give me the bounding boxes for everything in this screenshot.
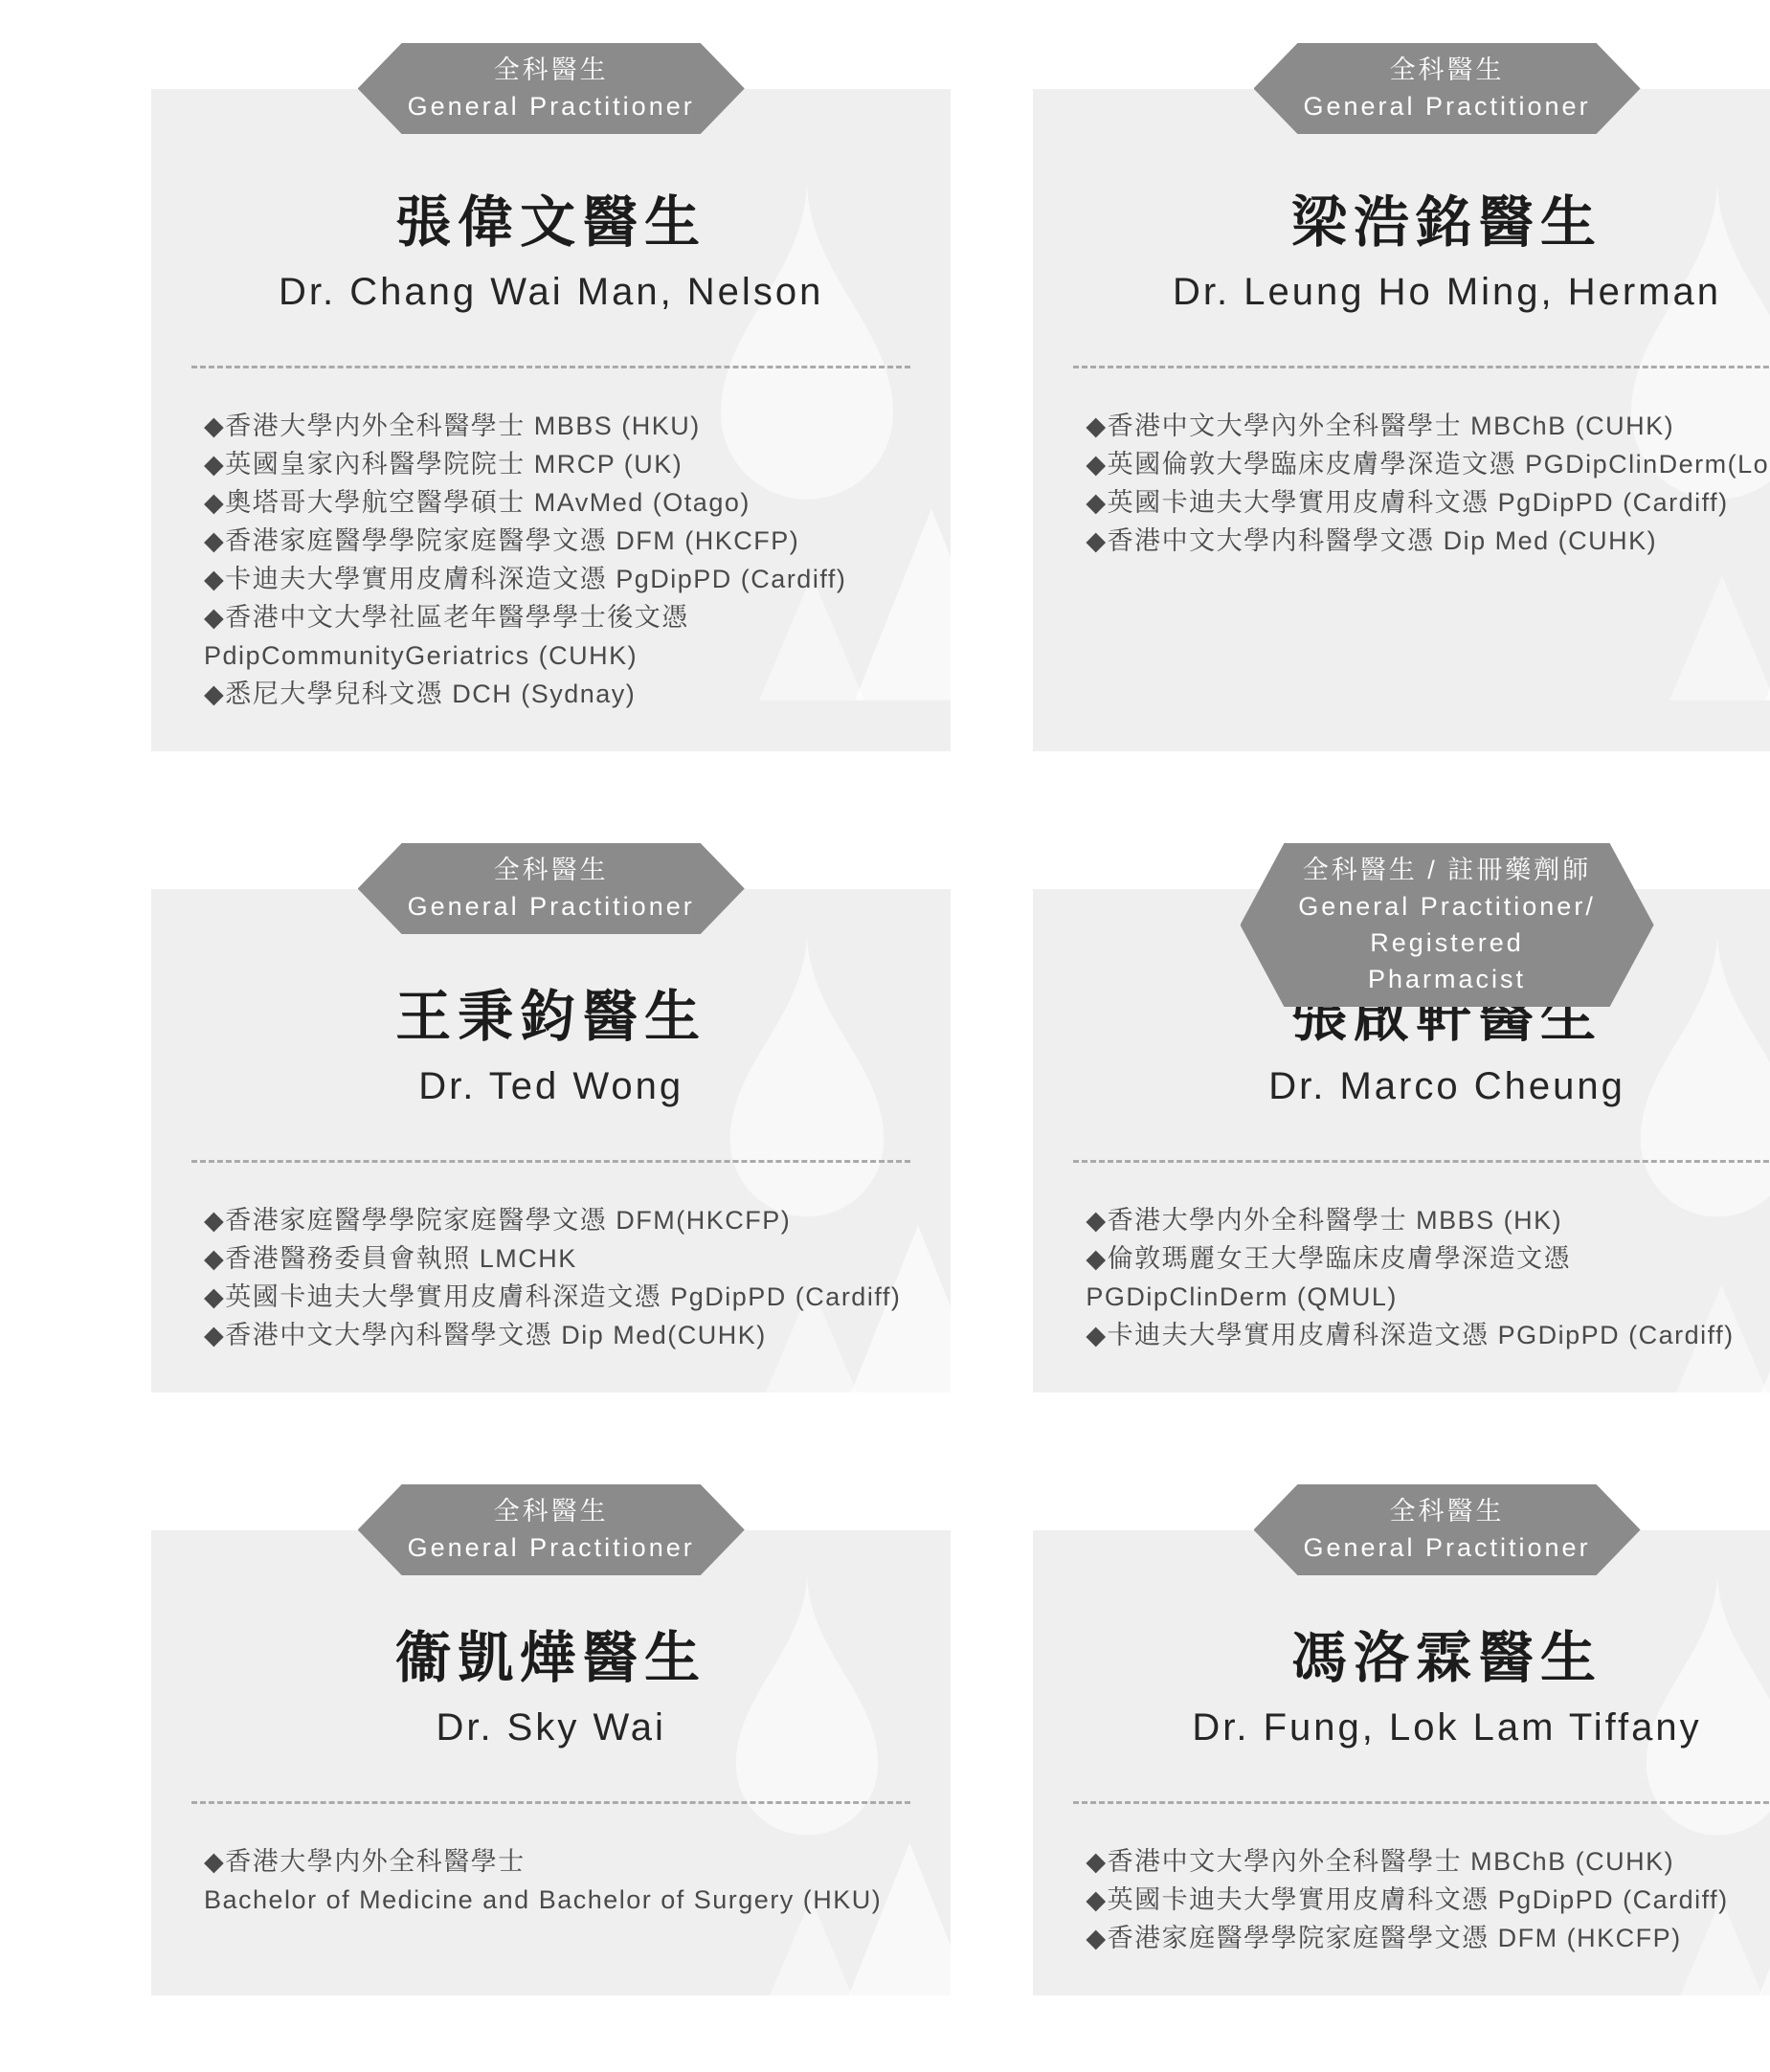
specialty-badge: 全科醫生 General Practitioner	[358, 43, 745, 134]
specialty-badge-label: 全科醫生 General Practitioner	[1303, 1493, 1590, 1566]
specialty-badge: 全科醫生 General Practitioner	[1253, 1484, 1640, 1575]
qualification-line: ◆香港大學内外全科醫學士 MBBS (HKU)	[204, 407, 901, 445]
qualification-line: ◆英國卡迪夫大學實用皮膚科文憑 PgDipPD (Cardiff)	[1086, 1881, 1770, 1919]
qualifications-list: ◆香港大學内外全科醫學士 Bachelor of Medicine and Ba…	[151, 1804, 951, 1957]
qualification-line: PGDipClinDerm (QMUL)	[1086, 1278, 1770, 1316]
specialty-badge: 全科醫生 / 註冊藥劑師 General Practitioner/ Regis…	[1240, 843, 1653, 1007]
qualification-line: Bachelor of Medicine and Bachelor of Sur…	[204, 1881, 901, 1919]
doctor-name-english: Dr. Marco Cheung	[1033, 1065, 1770, 1108]
qualification-line: ◆香港大學内外全科醫學士	[204, 1842, 901, 1881]
doctor-name-english: Dr. Leung Ho Ming, Herman	[1033, 271, 1770, 314]
qualifications-list: ◆香港大學内外全科醫學士 MBBS (HK) ◆倫敦瑪麗女王大學臨床皮膚學深造文…	[1033, 1163, 1770, 1392]
doctor-card-body: 梁浩銘醫生 Dr. Leung Ho Ming, Herman ◆香港中文大學內…	[1033, 89, 1770, 751]
doctor-name-english: Dr. Chang Wai Man, Nelson	[151, 271, 951, 314]
qualifications-list: ◆香港家庭醫學學院家庭醫學文憑 DFM(HKCFP) ◆香港醫務委員會執照 LM…	[151, 1163, 951, 1392]
qualification-line: ◆香港醫務委員會執照 LMCHK	[204, 1239, 901, 1278]
qualifications-list: ◆香港中文大學內外全科醫學士 MBChB (CUHK) ◆英國倫敦大學臨床皮膚學…	[1033, 368, 1770, 598]
qualification-line: ◆香港大學内外全科醫學士 MBBS (HK)	[1086, 1201, 1770, 1239]
qualification-line: ◆香港家庭醫學學院家庭醫學文憑 DFM (HKCFP)	[204, 522, 901, 560]
qualification-line: ◆卡迪夫大學實用皮膚科深造文憑 PGDipPD (Cardiff)	[1086, 1316, 1770, 1354]
doctor-name-english: Dr. Ted Wong	[151, 1065, 951, 1108]
qualifications-list: ◆香港大學内外全科醫學士 MBBS (HKU) ◆英國皇家內科醫學院院士 MRC…	[151, 368, 951, 751]
qualification-line: ◆香港中文大學內科醫學文憑 Dip Med(CUHK)	[204, 1316, 901, 1354]
qualification-line: ◆香港中文大學內外全科醫學士 MBChB (CUHK)	[1086, 1842, 1770, 1881]
qualification-line: ◆香港中文大學內外全科醫學士 MBChB (CUHK)	[1086, 407, 1770, 445]
qualification-line: ◆倫敦瑪麗女王大學臨床皮膚學深造文憑	[1086, 1239, 1770, 1278]
qualification-line: ◆英國倫敦大學臨床皮膚學深造文憑 PGDipClinDerm(Lond)	[1086, 445, 1770, 483]
qualification-line: ◆悉尼大學兒科文憑 DCH (Sydnay)	[204, 675, 901, 713]
doctor-cards-grid: 全科醫生 General Practitioner 張偉文醫生 Dr. Chan…	[0, 0, 1770, 2072]
specialty-badge-label: 全科醫生 General Practitioner	[1303, 52, 1590, 124]
doctor-card-fung-lok-lam: 全科醫生 General Practitioner 馮洛霖醫生 Dr. Fung…	[1033, 1484, 1770, 1995]
qualifications-list: ◆香港中文大學內外全科醫學士 MBChB (CUHK) ◆英國卡迪夫大學實用皮膚…	[1033, 1804, 1770, 1995]
doctor-name-english: Dr. Fung, Lok Lam Tiffany	[1033, 1706, 1770, 1749]
qualification-line: ◆奧塔哥大學航空醫學碩士 MAvMed (Otago)	[204, 483, 901, 522]
qualification-line: ◆卡迪夫大學實用皮膚科深造文憑 PgDipPD (Cardiff)	[204, 560, 901, 598]
doctor-card-chang-wai-man: 全科醫生 General Practitioner 張偉文醫生 Dr. Chan…	[151, 43, 951, 751]
specialty-badge-label: 全科醫生 General Practitioner	[408, 52, 695, 124]
specialty-badge-label: 全科醫生 / 註冊藥劑師 General Practitioner/ Regis…	[1289, 852, 1603, 997]
specialty-badge: 全科醫生 General Practitioner	[1253, 43, 1640, 134]
specialty-badge-label: 全科醫生 General Practitioner	[408, 852, 695, 925]
doctor-card-body: 馮洛霖醫生 Dr. Fung, Lok Lam Tiffany ◆香港中文大學內…	[1033, 1530, 1770, 1995]
qualification-line: ◆英國皇家內科醫學院院士 MRCP (UK)	[204, 445, 901, 483]
doctor-card-sky-wai: 全科醫生 General Practitioner 衞凱燁醫生 Dr. Sky …	[151, 1484, 951, 1995]
specialty-badge-label: 全科醫生 General Practitioner	[408, 1493, 695, 1566]
qualification-line: ◆香港中文大學内科醫學文憑 Dip Med (CUHK)	[1086, 522, 1770, 560]
doctor-card-ted-wong: 全科醫生 General Practitioner 王秉鈞醫生 Dr. Ted …	[151, 843, 951, 1392]
doctor-card-body: 張偉文醫生 Dr. Chang Wai Man, Nelson ◆香港大學内外全…	[151, 89, 951, 751]
doctor-card-leung-ho-ming: 全科醫生 General Practitioner 梁浩銘醫生 Dr. Leun…	[1033, 43, 1770, 751]
qualification-line: ◆英國卡迪夫大學實用皮膚科深造文憑 PgDipPD (Cardiff)	[204, 1278, 901, 1316]
specialty-badge: 全科醫生 General Practitioner	[358, 843, 745, 934]
qualification-line: ◆香港家庭醫學學院家庭醫學文憑 DFM (HKCFP)	[1086, 1919, 1770, 1957]
doctor-card-body: 王秉鈞醫生 Dr. Ted Wong ◆香港家庭醫學學院家庭醫學文憑 DFM(H…	[151, 889, 951, 1392]
doctor-card-body: 衞凱燁醫生 Dr. Sky Wai ◆香港大學内外全科醫學士 Bachelor …	[151, 1530, 951, 1995]
doctor-card-marco-cheung: 全科醫生 / 註冊藥劑師 General Practitioner/ Regis…	[1033, 843, 1770, 1392]
doctor-name-english: Dr. Sky Wai	[151, 1706, 951, 1749]
specialty-badge: 全科醫生 General Practitioner	[358, 1484, 745, 1575]
qualification-line: PdipCommunityGeriatrics (CUHK)	[204, 636, 901, 675]
qualification-line: ◆香港中文大學社區老年醫學學士後文憑	[204, 598, 901, 636]
qualification-line: ◆香港家庭醫學學院家庭醫學文憑 DFM(HKCFP)	[204, 1201, 901, 1239]
qualification-line: ◆英國卡迪夫大學實用皮膚科文憑 PgDipPD (Cardiff)	[1086, 483, 1770, 522]
